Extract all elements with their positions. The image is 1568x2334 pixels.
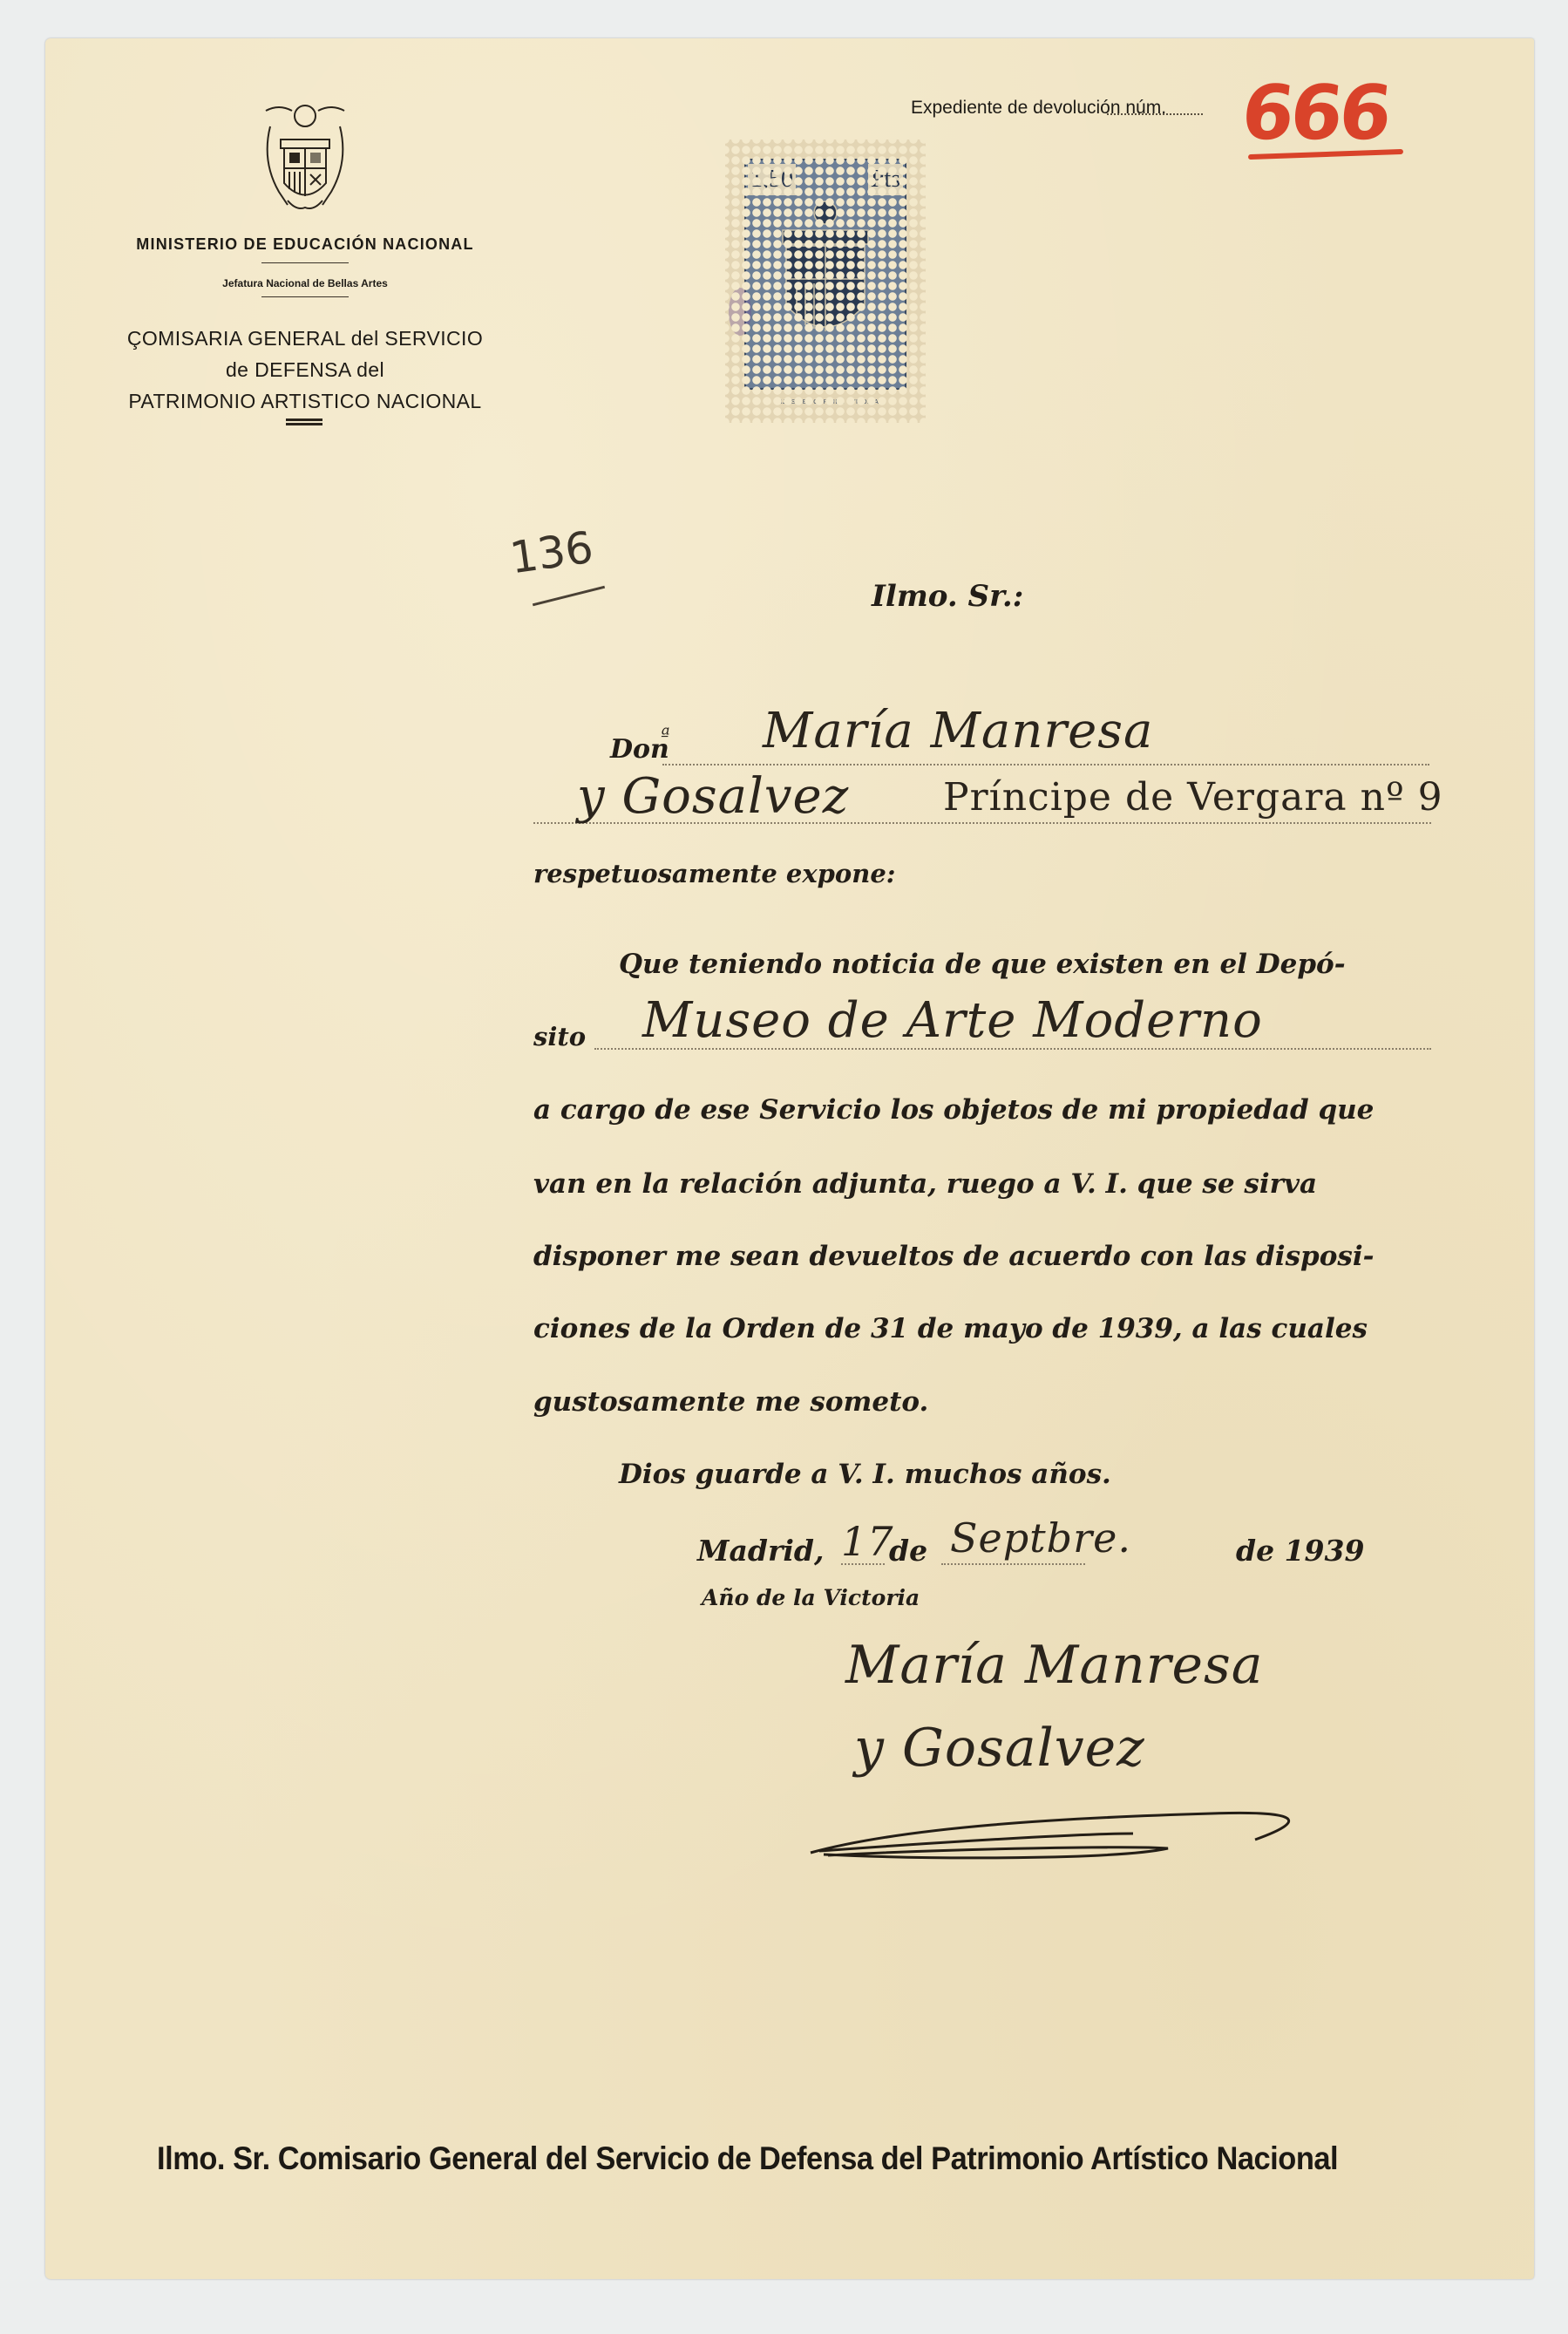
deposit-name-handwritten: Museo de Arte Moderno [642, 992, 1263, 1049]
divider [261, 262, 349, 263]
ink-smudge [729, 288, 751, 336]
salutation: Ilmo. Sr.: [872, 579, 1023, 614]
stamp-value: 1,50 [748, 164, 796, 195]
signature: María Manresa y Gosalvez [802, 1635, 1360, 1879]
divider [261, 296, 349, 297]
applicant-address-field: y Gosalvez Príncipe de Vergara nº 9 [533, 789, 1431, 850]
revenue-stamp: 1,50 Pts HIJOS DE FOURNIER · VITORIA [725, 139, 926, 423]
date-line: Madrid, 17 de Septbre. de 1939 [697, 1521, 1360, 1574]
commission-name: ÇOMISARIA GENERAL del SERVICIO de DEFENS… [87, 323, 523, 417]
double-rule [286, 418, 322, 425]
addressee-footer: Ilmo. Sr. Comisario General del Servicio… [157, 2140, 1338, 2177]
paragraph-line-1: Que teniendo noticia de que existen en e… [619, 949, 1346, 980]
applicant-surname-handwritten: y Gosalvez [577, 768, 849, 825]
year: de 1939 [1236, 1534, 1364, 1568]
signature-flourish [802, 1766, 1360, 1870]
expone-text: respetuosamente expone: [533, 859, 896, 888]
department-name: Jefatura Nacional de Bellas Artes [113, 277, 497, 289]
closing-formula: Dios guarde a V. I. muchos años. [619, 1459, 1111, 1490]
applicant-address-handwritten: Príncipe de Vergara nº 9 [943, 775, 1443, 820]
stamp-printer: HIJOS DE FOURNIER · VITORIA [746, 399, 908, 405]
deposit-field: sito Museo de Arte Moderno [533, 1003, 1431, 1055]
expediente-dotted-line [1107, 113, 1203, 115]
paragraph-line-3: a cargo de ese Servicio los objetos de m… [533, 1094, 1374, 1126]
stamp-unit: Pts [868, 164, 903, 195]
stamp-coat-of-arms-icon [770, 201, 880, 353]
ministry-name: MINISTERIO DE EDUCACIÓN NACIONAL [113, 235, 497, 254]
applicant-name-field: Donª María Manresa [610, 715, 1429, 776]
spanish-coat-of-arms-icon [253, 100, 357, 222]
paragraph-line-4: van en la relación adjunta, ruego a V. I… [533, 1168, 1317, 1200]
expediente-number: 666 [1238, 70, 1393, 157]
day-handwritten: 17 [841, 1518, 894, 1565]
paragraph-line-7: gustosamente me someto. [533, 1386, 928, 1418]
paragraph-line-5: disponer me sean devueltos de acuerdo co… [533, 1241, 1374, 1272]
paragraph-line-6: ciones de la Orden de 31 de mayo de 1939… [533, 1313, 1368, 1344]
expediente-label: Expediente de devolución núm. [911, 98, 1166, 119]
month-handwritten: Septbre. [950, 1514, 1131, 1562]
year-motto: Año de la Victoria [702, 1585, 920, 1610]
applicant-name-handwritten: María Manresa [763, 703, 1153, 759]
stamp-frame: 1,50 Pts HIJOS DE FOURNIER · VITORIA [744, 159, 906, 390]
